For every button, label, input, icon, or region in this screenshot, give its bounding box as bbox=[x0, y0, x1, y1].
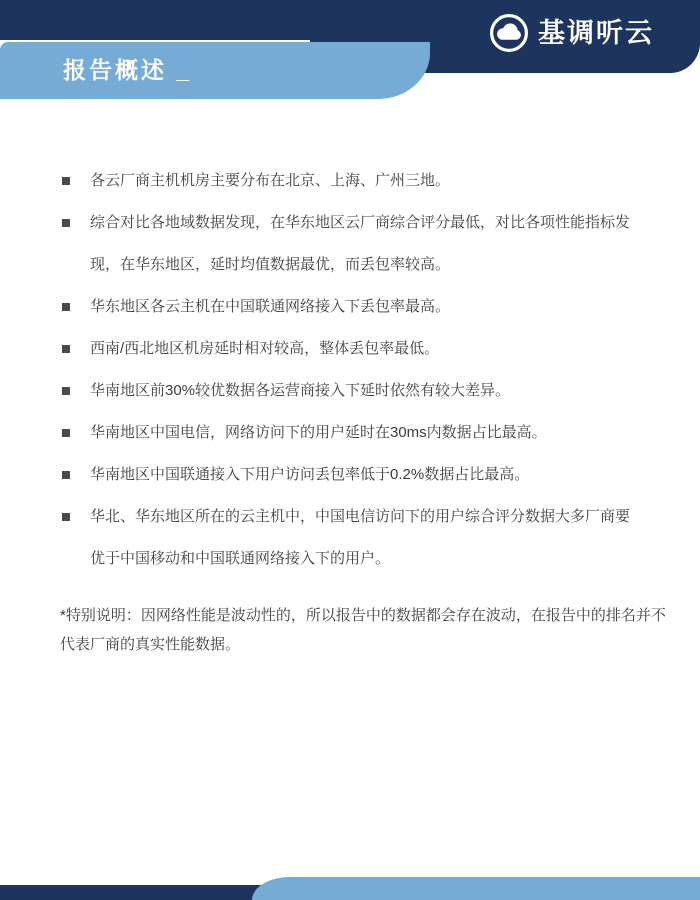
report-page: 报告概述 _ 基调听云 各云厂商主机机房主要分布在北京、上海、广州三地。综合对比… bbox=[0, 0, 700, 900]
list-item: 各云厂商主机机房主要分布在北京、上海、广州三地。 bbox=[62, 160, 652, 202]
special-note: *特别说明：因网络性能是波动性的，所以报告中的数据都会存在波动，在报告中的排名并… bbox=[60, 601, 660, 659]
footer-blue-band bbox=[252, 877, 700, 900]
list-item: 华东地区各云主机在中国联通网络接入下丢包率最高。 bbox=[62, 286, 652, 328]
cloud-logo-icon bbox=[489, 13, 529, 53]
footer-navy-strip bbox=[0, 885, 295, 900]
list-item: 华南地区前30%较优数据各运营商接入下延时依然有较大差异。 bbox=[62, 370, 652, 412]
page-title: 报告概述 _ bbox=[63, 42, 192, 99]
list-item: 西南/西北地区机房延时相对较高，整体丢包率最低。 bbox=[62, 328, 652, 370]
list-item: 华南地区中国电信，网络访问下的用户延时在30ms内数据占比最高。 bbox=[62, 412, 652, 454]
list-item: 综合对比各地域数据发现，在华东地区云厂商综合评分最低，对比各项性能指标发现，在华… bbox=[62, 202, 652, 286]
list-item: 华北、华东地区所在的云主机中，中国电信访问下的用户综合评分数据大多厂商要优于中国… bbox=[62, 496, 652, 580]
brand-logo: 基调听云 bbox=[489, 12, 654, 54]
brand-name: 基调听云 bbox=[538, 20, 654, 47]
list-item: 华南地区中国联通接入下用户访问丢包率低于0.2%数据占比最高。 bbox=[62, 454, 652, 496]
overview-bullet-list: 各云厂商主机机房主要分布在北京、上海、广州三地。综合对比各地域数据发现，在华东地… bbox=[62, 160, 652, 580]
